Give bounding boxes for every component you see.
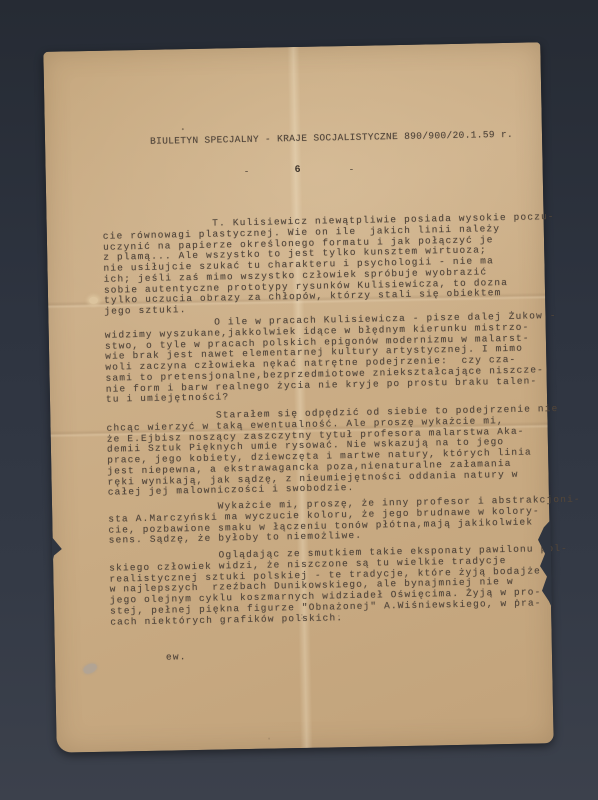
paragraph-kulisiewicz-intro: T. Kulisiewicz niewątpliwie posiada wyso… — [103, 212, 555, 317]
typist-initials: ew. — [166, 652, 187, 663]
page-number-dash-right: - — [349, 164, 355, 175]
left-edge-tear — [52, 537, 62, 563]
ink-speck — [269, 738, 270, 740]
light-stain — [89, 297, 98, 304]
page-number-row: - 6 - — [46, 160, 543, 182]
paragraph-marczynski: Wykażcie mi, proszę, że inny profesor i … — [108, 495, 559, 547]
pencil-marks: : - ·· — [299, 611, 344, 622]
document-page: BIULETYN SPECJALNY - KRAJE SOCJALISTYCZN… — [43, 42, 553, 752]
ink-speck — [182, 128, 184, 130]
paragraph-zukow-quote: O ile w pracach Kulisiewicza - pisze dal… — [104, 311, 556, 406]
paragraph-ejbisz: Starałem się odpędzić od siebie to podej… — [106, 404, 558, 499]
page-number-dash-left: - — [244, 166, 250, 177]
gray-smudge — [82, 661, 99, 675]
scan-background: BIULETYN SPECJALNY - KRAJE SOCJALISTYCZN… — [0, 0, 598, 800]
bulletin-header: BIULETYN SPECJALNY - KRAJE SOCJALISTYCZN… — [150, 130, 513, 148]
page-number: 6 — [295, 165, 301, 176]
